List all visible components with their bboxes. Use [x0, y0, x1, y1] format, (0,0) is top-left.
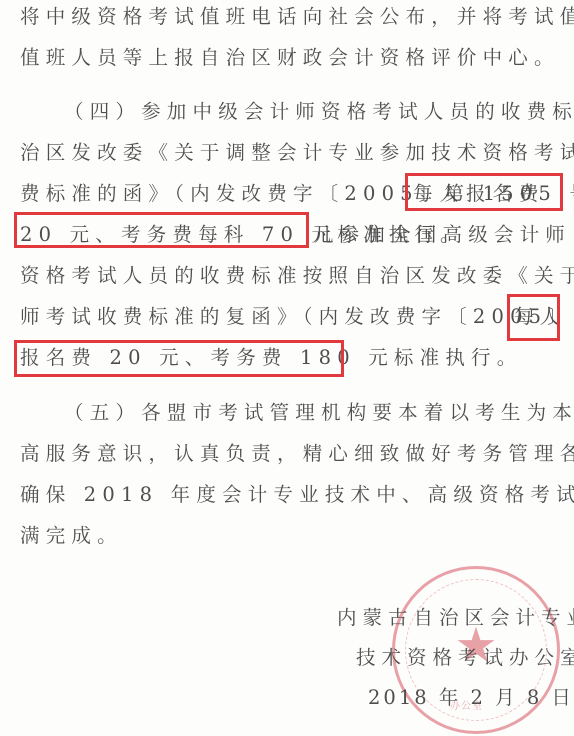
signature-org-line2: 技术资格考试办公室	[356, 646, 574, 670]
text-line: 确保 2018 年度会计专业技术中、高级资格考试各项工作圆	[20, 483, 574, 507]
text-line: 凡参加全国高级会计师	[314, 223, 571, 247]
text-line: 满完成。	[20, 524, 123, 548]
highlight-box	[14, 340, 344, 377]
text-line: 资格考试人员的收费标准按照自治区发改委《关于高级会计	[20, 264, 574, 288]
signature-org-line1: 内蒙古自治区会计专业	[337, 606, 574, 630]
text-line: 治区发改委《关于调整会计专业参加技术资格考试考务费收	[20, 141, 574, 165]
text-line: 高服务意识，认真负责，精心细致做好考务管理各环节工作，	[20, 442, 574, 466]
highlight-box	[14, 212, 309, 248]
highlight-box	[507, 294, 560, 341]
text-line: 值班人员等上报自治区财政会计资格评价中心。	[20, 46, 560, 70]
document-page: 将中级资格考试值班电话向社会公布，并将考试值班电话、 值班人员等上报自治区财政会…	[0, 0, 574, 736]
paragraph-5-heading-line: （五）各盟市考试管理机构要本着以考生为本的原则，提	[64, 401, 574, 425]
text-line: 师考试收费标准的复函》（内发改费字〔2005〕752 号）	[20, 305, 574, 329]
signature-date: 2018 年 2 月 8 日	[368, 686, 574, 710]
text-line: 将中级资格考试值班电话向社会公布，并将考试值班电话、	[20, 5, 574, 29]
paragraph-4-heading-line: （四）参加中级会计师资格考试人员的收费标准按照自	[64, 100, 574, 124]
highlight-box	[405, 173, 563, 211]
